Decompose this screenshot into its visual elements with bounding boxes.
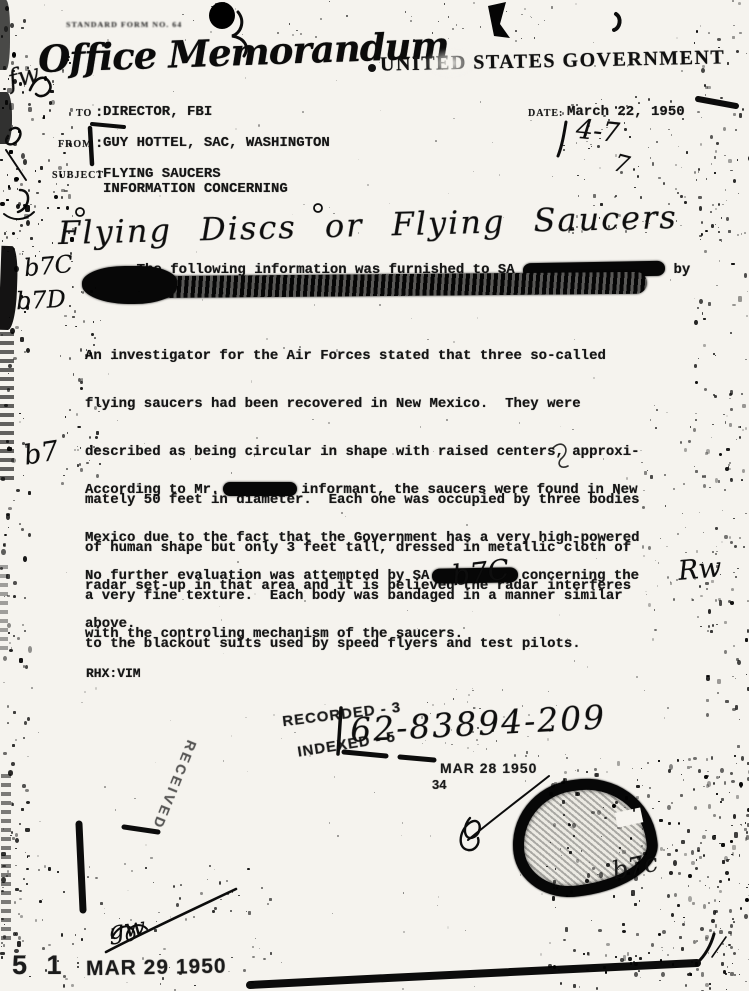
pen-stroke <box>697 934 714 963</box>
field-from-label: FROM <box>58 139 93 150</box>
margin-note-b7c-lower: b7C <box>450 553 511 593</box>
stamp-number: 34 <box>432 777 446 792</box>
body-text: No further evaluation was attempted by S… <box>85 568 429 584</box>
ink-blob <box>505 770 664 905</box>
body-line: According to Mr.informant, the saucers w… <box>85 482 640 498</box>
scan-smudge <box>424 48 476 78</box>
memo-page: STANDARD FORM NO. 64 Office Memorandum U… <box>0 0 749 991</box>
body-text: According to Mr. <box>85 482 219 498</box>
pen-stroke <box>344 752 386 756</box>
body-paragraph-3: No further evaluation was attempted by S… <box>85 536 639 664</box>
margin-note-b7c: b7C <box>23 250 74 282</box>
margin-scribble-stroke <box>4 212 34 219</box>
field-to-value: DIRECTOR, FBI <box>103 104 212 120</box>
date-margin-note-2: 7 <box>611 149 633 180</box>
underline-mark <box>92 124 124 127</box>
scan-edge-band <box>0 92 12 144</box>
scan-edge-band <box>0 0 10 70</box>
routing-stamp-date: MAR 29 1950 <box>86 955 227 981</box>
margin-scribble-stroke <box>18 190 28 212</box>
pen-stroke <box>558 122 566 156</box>
scan-edge-band <box>1 770 11 940</box>
body-text: concerning the <box>521 568 639 584</box>
date-margin-note: 4-7 <box>574 114 620 149</box>
redaction-bar <box>223 482 297 496</box>
date-received-stamp: MAR 28 1950 <box>440 760 537 776</box>
margin-note-b7: b7 <box>22 435 61 471</box>
routing-stamp-prefix: 5 1 <box>12 950 68 981</box>
gw-scribble: gw <box>106 912 147 946</box>
field-from-value: GUY HOTTEL, SAC, WASHINGTON <box>103 135 330 151</box>
initials-scribble <box>461 818 480 850</box>
typist-initials: RHX:VIM <box>86 666 141 681</box>
margin-note-rw: Rw <box>677 552 723 587</box>
intro-text-post: by <box>673 262 690 278</box>
form-number-label: STANDARD FORM NO. 64 <box>66 20 182 28</box>
intro-line: The following information was furnished … <box>103 246 690 262</box>
body-line: flying saucers had been recovered in New… <box>85 396 640 412</box>
pen-stroke <box>79 824 83 910</box>
ink-bar <box>250 963 697 985</box>
scan-edge-band <box>0 560 8 650</box>
pen-stroke <box>400 757 434 760</box>
handwritten-subject: Flying Discs or Flying Saucers <box>58 198 679 252</box>
redaction-bar <box>82 266 177 304</box>
date-label: DATE: <box>528 108 563 119</box>
body-text: informant, the saucers were found in New <box>301 482 637 498</box>
pen-stroke <box>712 937 726 957</box>
redaction-bar <box>140 272 647 298</box>
ink-dot-mark <box>209 2 235 29</box>
subject-line-1: FLYING SAUCERS <box>103 166 221 182</box>
body-line: above. <box>85 616 639 632</box>
received-stamp-rotated: RECEIVED <box>149 738 200 833</box>
margin-note-b7d: b7D <box>15 285 66 316</box>
body-line: An investigator for the Air Forces state… <box>85 348 640 364</box>
scan-edge-band <box>0 330 14 480</box>
ink-mark <box>488 2 510 38</box>
header-bullet <box>368 64 376 72</box>
body-line: No further evaluation was attempted by S… <box>85 568 639 584</box>
pen-stroke <box>698 99 736 106</box>
subject-line-2: INFORMATION CONCERNING <box>103 181 288 197</box>
margin-scribble-stroke <box>6 150 26 180</box>
margin-scribble: fw <box>5 59 43 96</box>
ink-mark <box>614 14 620 30</box>
field-to-label: TO <box>76 108 92 119</box>
